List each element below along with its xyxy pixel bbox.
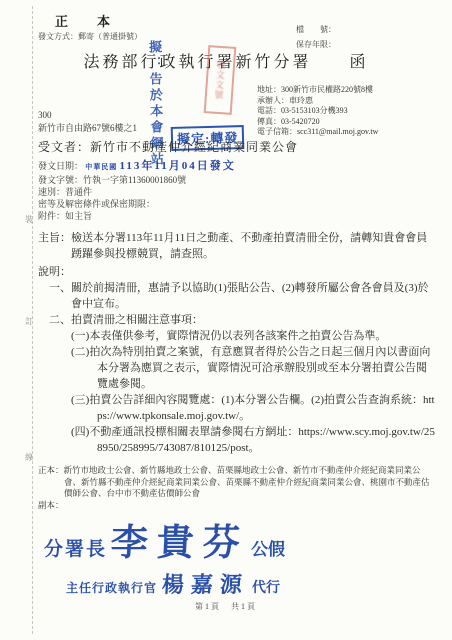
letter-body: 受文者：新竹市不動產仲介經紀商業同業公會 發文日期： 中華民國 113年11月0… [38,138,436,511]
sender-contact-person: 承辦人：車玲惠 [257,96,378,107]
signature-title-director: 分署長 [44,534,107,561]
sender-phone: 電話：03-5153103分機393 [257,106,378,117]
signature-line-director: 分署長 李貴芬 公假 [44,512,285,566]
red-stamp-text: 收文文號 [212,60,228,101]
binding-mark-xian: 線 [25,452,33,463]
issue-date-stamp: 113年11月04日發文 [120,160,236,172]
recipient-postal-code: 300 [38,110,52,120]
distribution-copy: 副本： [38,500,436,512]
scanned-official-letter: 裝 訂 線 正 本 發文方式：郵寄（普通掛號） 檔 號： 保存年限： 法務部行政… [0,0,452,640]
issue-date-label: 發文日期： [38,161,83,171]
subject-text: 主旨：檢送本分署113年11月11日之動產、不動產拍賣清冊全份，請轉知貴會會員踴… [38,230,436,262]
security-line: 密等及解密條件或保密期限： [38,198,436,210]
binding-mark-zhuang: 裝 [25,214,33,225]
binding-mark-ding: 訂 [25,316,33,327]
issue-date-stamp-prefix: 中華民國 [85,163,117,171]
page-number-footer: 第1頁 共1頁 [0,601,452,612]
explanation-item-2: 二、拍賣清冊之相關注意事項： [49,312,436,328]
sender-contact-block: 地址：300新竹市民權路220號8樓 承辦人：車玲惠 電話：03-5153103… [257,85,378,138]
explanation-subitem-3: (三)拍賣公告詳細內容閱覽處：(1)本分署公告欄。(2)拍賣公告查詢系統：htt… [71,392,436,424]
explanation-label: 說明： [38,264,436,280]
signature-title-acting-officer: 主任行政執行官 [66,579,157,596]
signature-note-on-leave: 公假 [251,535,285,560]
delivery-method-label: 發文方式：郵寄（普通掛號） [38,31,142,42]
explanation-subitem-4: (四)不動產通訊投標相關表單請參閱右方網址：https://www.scy.mo… [71,424,436,456]
explanation-subitem-2: (二)拍次為特別拍賣之案號，有意應買者得於公告之日起三個月內以書面向本分署為應買… [71,344,436,392]
file-number-block: 檔 號： 保存年限： [296,22,336,52]
recipient-street-address: 新竹市自由路67號6樓之1 [38,121,137,134]
sender-fax: 傳真：03-5420720 [257,117,378,128]
speed-line: 速別：普通件 [38,186,436,198]
signature-line-acting-officer: 主任行政執行官 楊嘉源 代行 [66,568,285,599]
file-number-label: 檔 號： [296,22,336,37]
sender-address: 地址：300新竹市民權路220號8樓 [257,85,378,96]
signature-name-acting-officer: 楊嘉源 [161,568,250,599]
signature-block: 分署長 李貴芬 公假 主任行政執行官 楊嘉源 代行 [44,512,285,599]
distribution-original: 正本：新竹市地政士公會、新竹縣地政士公會、苗栗縣地政士公會、新竹市不動產仲介經紀… [38,465,436,500]
signature-name-director: 李貴芬 [110,512,251,566]
sender-email: 電子信箱：scc311@mail.moj.gov.tw [257,127,378,138]
issue-date-line: 發文日期： 中華民國 113年11月04日發文 [38,160,436,174]
copy-type-label: 正 本 [55,11,118,30]
red-receipt-stamp: 收文文號 [204,45,237,115]
explanation-subitem-1: (一)本表僅供參考，實際情況仍以表列各該案件之拍賣公告為準。 [71,328,436,344]
signature-note-acting: 代行 [252,577,280,597]
attachment-line: 附件：如主旨 [38,210,436,222]
recipient-line: 受文者：新竹市不動產仲介經紀商業同業公會 [38,138,436,155]
doc-number-line: 發文字號：竹執一字第11360001860號 [38,174,436,186]
explanation-item-1: 一、關於前揭清冊，惠請予以協助(1)張貼公告、(2)轉發所屬公會各會員及(3)於… [49,280,436,312]
